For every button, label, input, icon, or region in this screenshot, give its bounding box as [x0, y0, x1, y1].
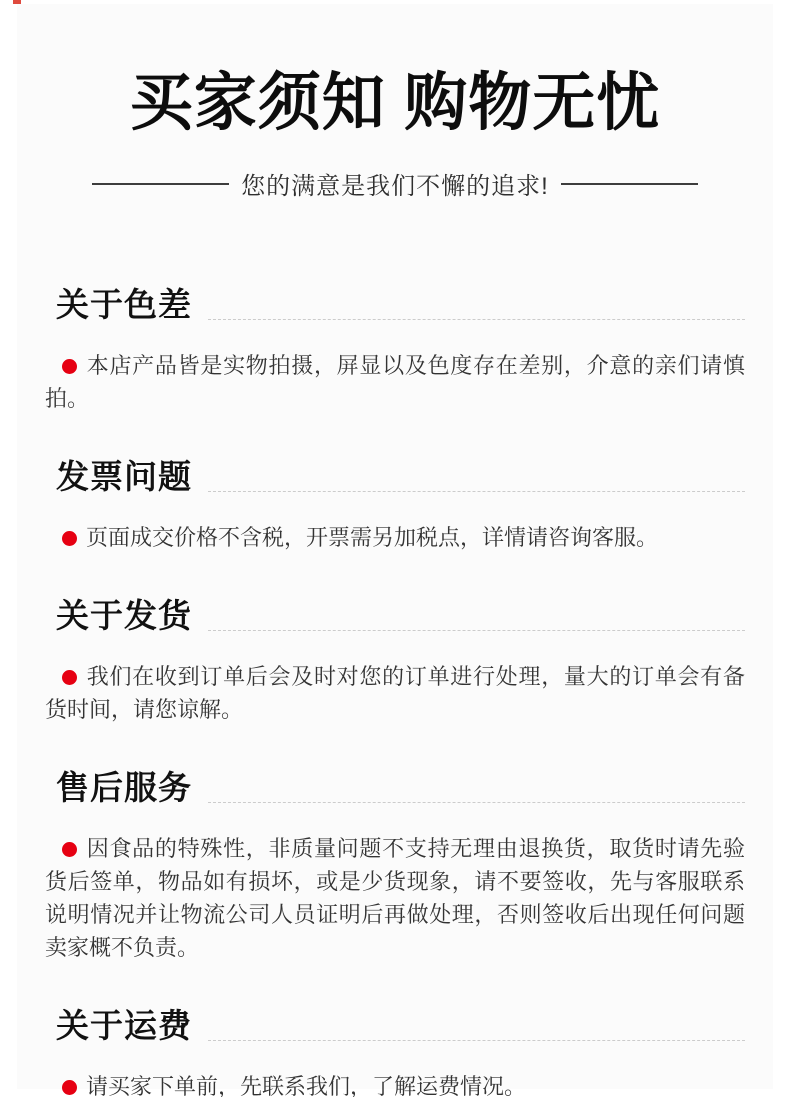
subtitle-right-rule [561, 183, 698, 185]
subtitle-row: 您的满意是我们不懈的追求! [0, 166, 790, 201]
red-bullet-icon [62, 670, 77, 685]
notice-section: 关于色差 本店产品皆是实物拍摄，屏显以及色度存在差别，介意的亲们请慎拍。 [0, 285, 790, 415]
section-body: 我们在收到订单后会及时对您的订单进行处理，量大的订单会有备货时间，请您谅解。 [45, 660, 745, 726]
sections: 关于色差 本店产品皆是实物拍摄，屏显以及色度存在差别，介意的亲们请慎拍。 发票问… [0, 285, 790, 1097]
page-subtitle: 您的满意是我们不懈的追求! [241, 166, 549, 201]
section-body-text: 因食品的特殊性，非质量问题不支持无理由退换货，取货时请先验货后签单，物品如有损坏… [45, 836, 745, 960]
section-heading-row: 关于运费 [56, 1006, 745, 1046]
subtitle-left-rule [92, 183, 229, 185]
page-header: 买家须知 购物无忧 您的满意是我们不懈的追求! [0, 0, 790, 201]
section-body: 页面成交价格不含税，开票需另加税点，详情请咨询客服。 [45, 521, 745, 554]
section-heading: 关于色差 [56, 285, 192, 325]
section-body-text: 请买家下单前，先联系我们，了解运费情况。 [86, 1074, 526, 1097]
section-body: 因食品的特殊性，非质量问题不支持无理由退换货，取货时请先验货后签单，物品如有损坏… [45, 832, 745, 964]
section-heading: 关于运费 [56, 1006, 192, 1046]
section-heading-row: 关于色差 [56, 285, 745, 325]
red-bullet-icon [62, 359, 77, 374]
red-bullet-icon [62, 531, 77, 546]
heading-dashed-rule [208, 491, 745, 492]
section-body: 本店产品皆是实物拍摄，屏显以及色度存在差别，介意的亲们请慎拍。 [45, 349, 745, 415]
notice-section: 售后服务 因食品的特殊性，非质量问题不支持无理由退换货，取货时请先验货后签单，物… [0, 768, 790, 964]
section-heading-row: 发票问题 [56, 457, 745, 497]
red-bullet-icon [62, 1080, 77, 1095]
section-heading: 售后服务 [56, 768, 192, 808]
notice-section: 关于发货 我们在收到订单后会及时对您的订单进行处理，量大的订单会有备货时间，请您… [0, 596, 790, 726]
red-bullet-icon [62, 842, 77, 857]
section-heading-row: 关于发货 [56, 596, 745, 636]
heading-dashed-rule [208, 1040, 745, 1041]
section-body: 请买家下单前，先联系我们，了解运费情况。 [45, 1070, 745, 1097]
notice-section: 关于运费 请买家下单前，先联系我们，了解运费情况。 [0, 1006, 790, 1097]
notice-section: 发票问题 页面成交价格不含税，开票需另加税点，详情请咨询客服。 [0, 457, 790, 554]
heading-dashed-rule [208, 319, 745, 320]
section-body-text: 我们在收到订单后会及时对您的订单进行处理，量大的订单会有备货时间，请您谅解。 [45, 664, 745, 722]
section-heading: 发票问题 [56, 457, 192, 497]
section-body-text: 本店产品皆是实物拍摄，屏显以及色度存在差别，介意的亲们请慎拍。 [45, 353, 745, 411]
page-title: 买家须知 购物无忧 [0, 68, 790, 138]
section-body-text: 页面成交价格不含税，开票需另加税点，详情请咨询客服。 [86, 525, 658, 550]
section-heading-row: 售后服务 [56, 768, 745, 808]
heading-dashed-rule [208, 802, 745, 803]
heading-dashed-rule [208, 630, 745, 631]
section-heading: 关于发货 [56, 596, 192, 636]
buyer-notice-page: 买家须知 购物无忧 您的满意是我们不懈的追求! 关于色差 本店产品皆是实物拍摄，… [0, 0, 790, 1097]
